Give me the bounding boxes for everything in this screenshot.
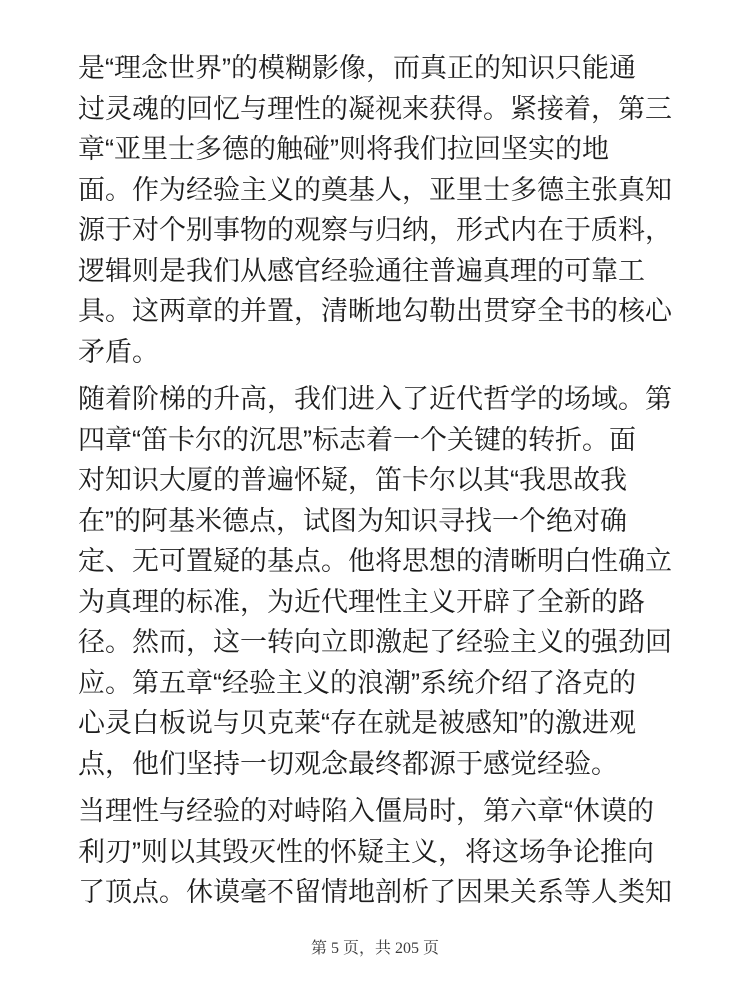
text-line: 具。这两章的并置，清晰地勾勒出贯穿全书的核心 [78,291,674,332]
text-line: 面。作为经验主义的奠基人，亚里士多德主张真知 [78,170,674,211]
text-line: 随着阶梯的升高，我们进入了近代哲学的场域。第 [78,379,674,420]
text-line: 利刃”则以其毁灭性的怀疑主义，将这场争论推向 [78,832,674,873]
text-line: 应。第五章“经验主义的浪潮”系统介绍了洛克的 [78,663,674,704]
text-line: 对知识大厦的普遍怀疑，笛卡尔以其“我思故我 [78,460,674,501]
paragraph: 随着阶梯的升高，我们进入了近代哲学的场域。第四章“笛卡尔的沉思”标志着一个关键的… [78,379,674,784]
text-line: 径。然而，这一转向立即激起了经验主义的强劲回 [78,622,674,663]
text-line: 为真理的标准，为近代理性主义开辟了全新的路 [78,582,674,623]
text-line: 矛盾。 [78,332,674,373]
text-line: 定、无可置疑的基点。他将思想的清晰明白性确立 [78,541,674,582]
paragraph: 是“理念世界”的模糊影像，而真正的知识只能通过灵魂的回忆与理性的凝视来获得。紧接… [78,48,674,372]
text-line: 是“理念世界”的模糊影像，而真正的知识只能通 [78,48,674,89]
text-line: 在”的阿基米德点，试图为知识寻找一个绝对确 [78,501,674,542]
text-line: 过灵魂的回忆与理性的凝视来获得。紧接着，第三 [78,89,674,130]
text-line: 章“亚里士多德的触碰”则将我们拉回坚实的地 [78,129,674,170]
page-text-block: 是“理念世界”的模糊影像，而真正的知识只能通过灵魂的回忆与理性的凝视来获得。紧接… [78,48,674,920]
text-line: 了顶点。休谟毫不留情地剖析了因果关系等人类知 [78,872,674,913]
text-line: 四章“笛卡尔的沉思”标志着一个关键的转折。面 [78,420,674,461]
paragraph: 当理性与经验的对峙陷入僵局时，第六章“休谟的利刃”则以其毁灭性的怀疑主义，将这场… [78,791,674,913]
text-line: 逻辑则是我们从感官经验通往普遍真理的可靠工 [78,251,674,292]
document-page: 是“理念世界”的模糊影像，而真正的知识只能通过灵魂的回忆与理性的凝视来获得。紧接… [0,0,750,1000]
text-line: 当理性与经验的对峙陷入僵局时，第六章“休谟的 [78,791,674,832]
text-line: 源于对个别事物的观察与归纳，形式内在于质料， [78,210,674,251]
text-line: 心灵白板说与贝克莱“存在就是被感知”的激进观 [78,703,674,744]
page-number-indicator: 第 5 页，共 205 页 [0,938,750,960]
text-line: 点，他们坚持一切观念最终都源于感觉经验。 [78,744,674,785]
